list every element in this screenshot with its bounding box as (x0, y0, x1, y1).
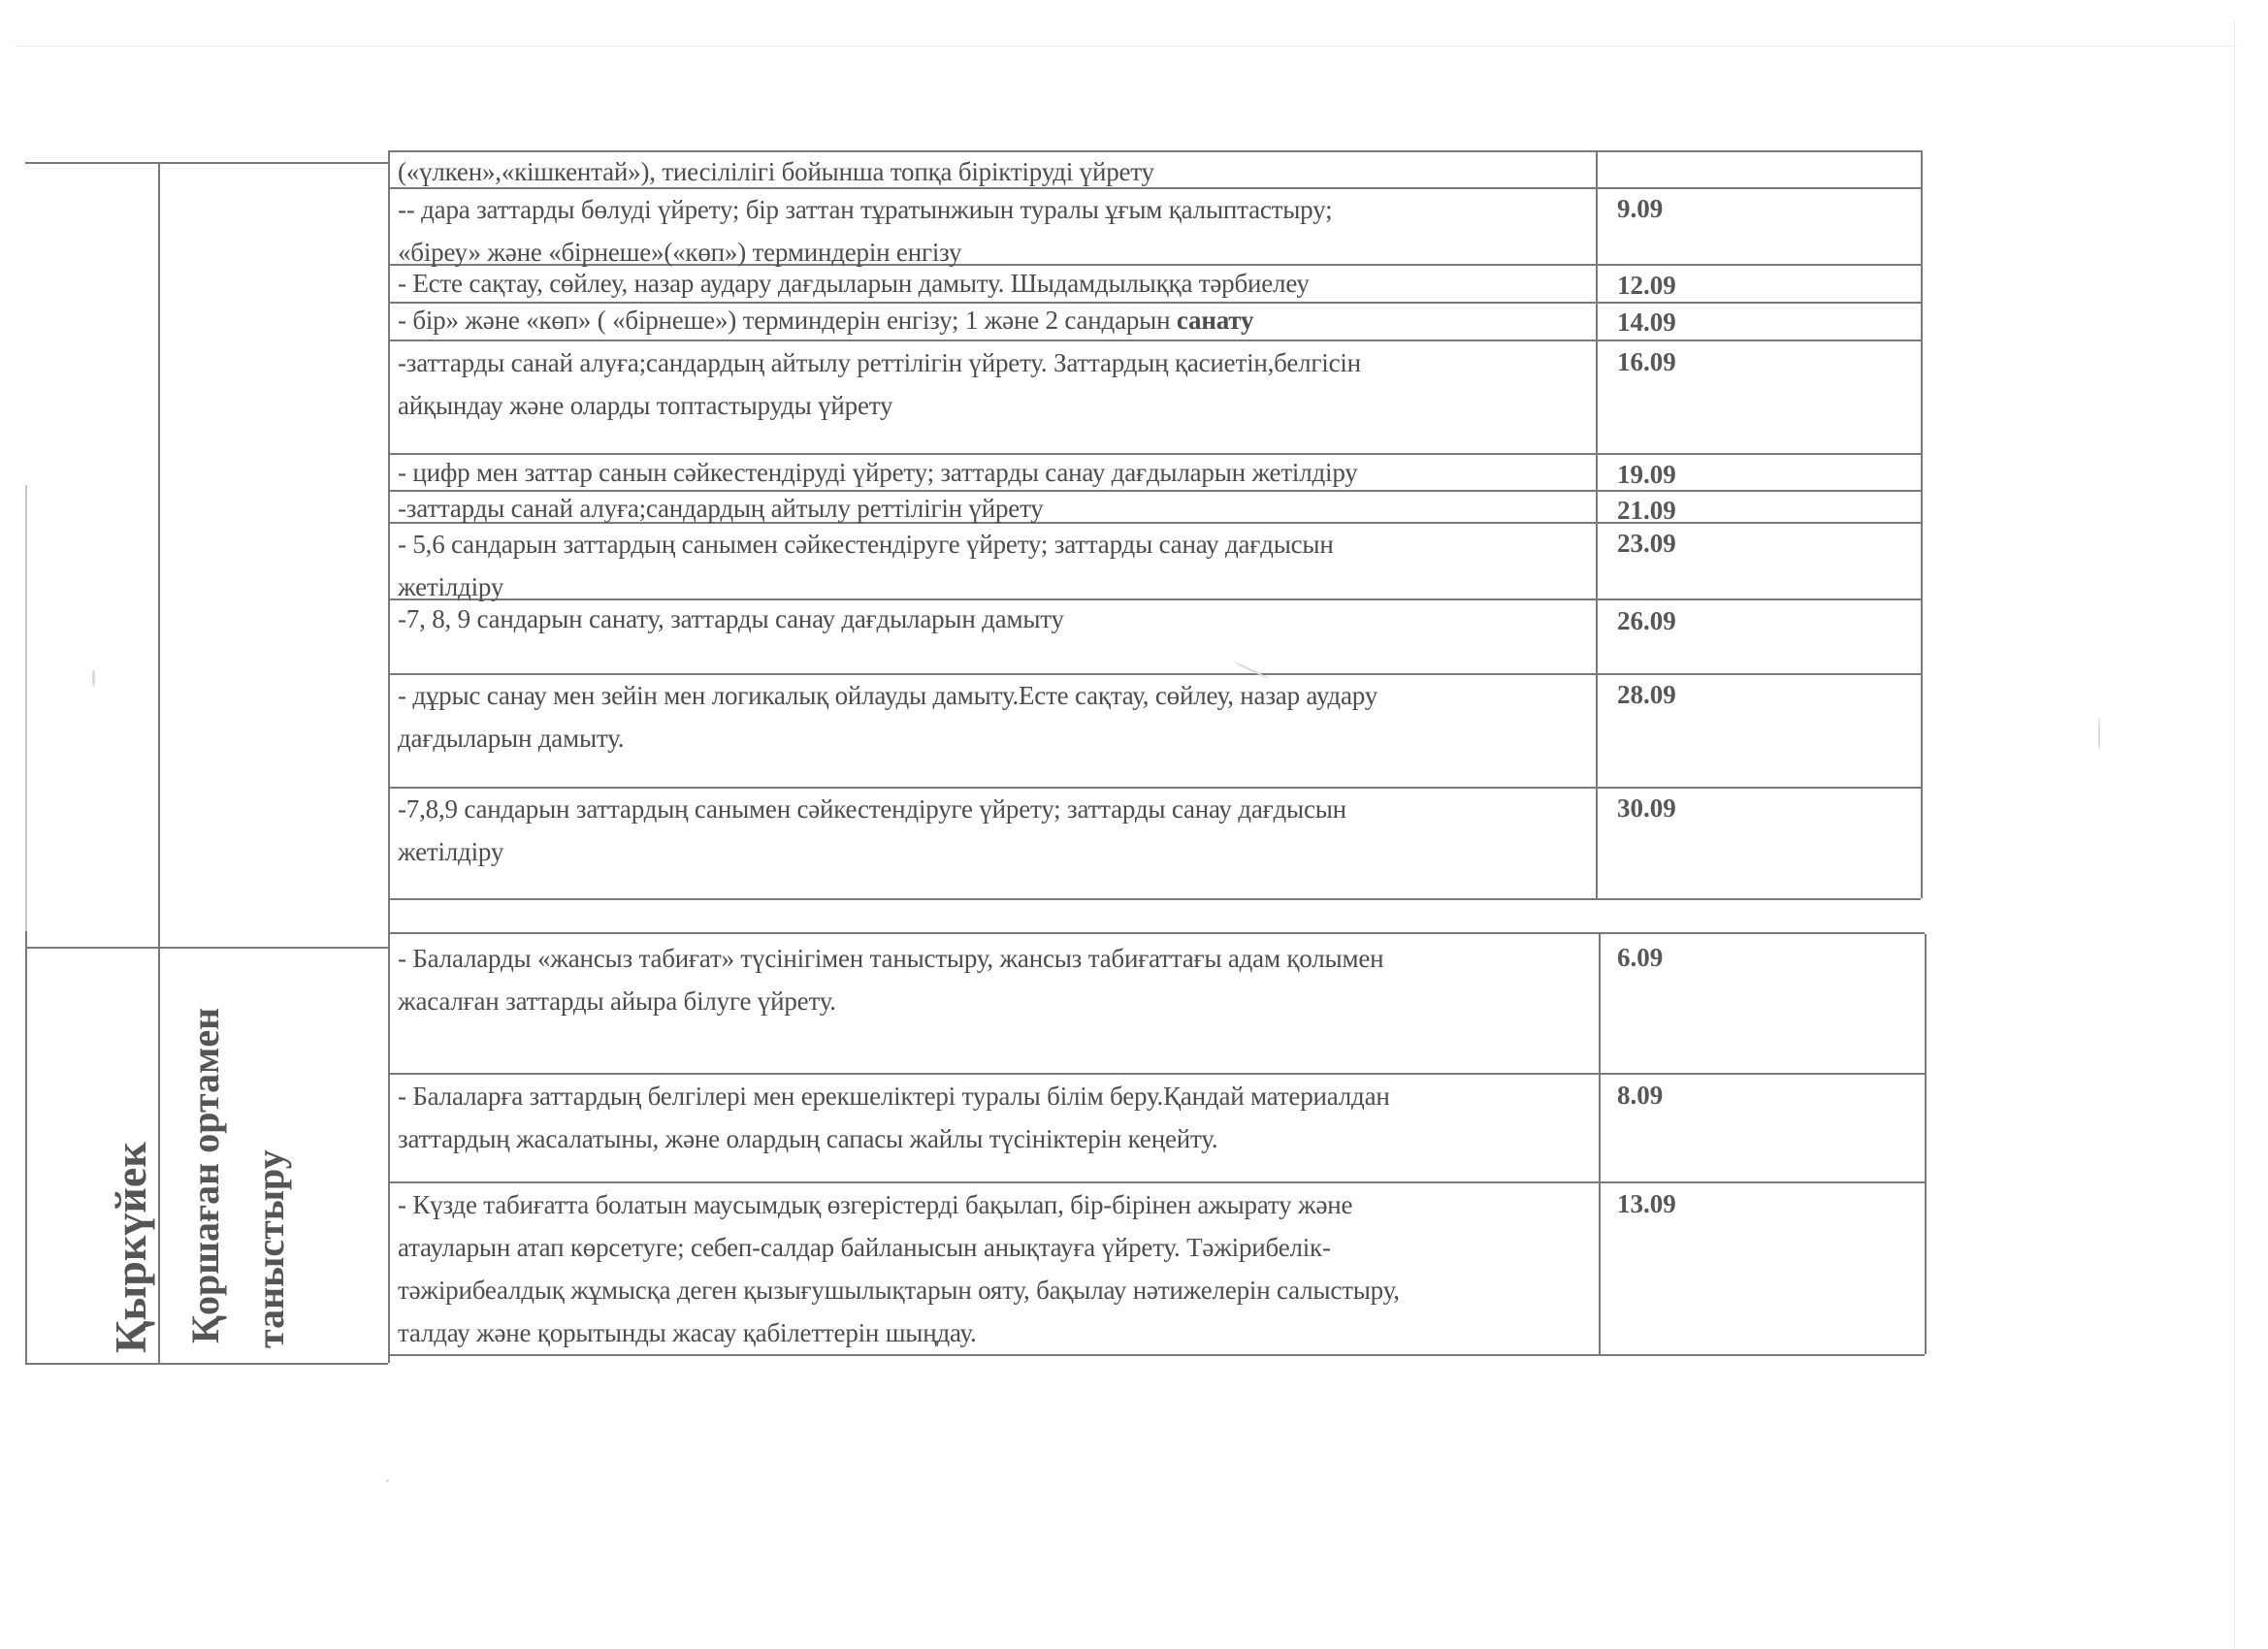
math-lesson-row: -7, 8, 9 сандарын санату, заттарды санау… (398, 604, 1064, 633)
row-divider (388, 453, 1921, 455)
table-top-border-right (388, 150, 1921, 152)
math-lesson-row: -- дара заттарды бөлуді үйрету; бір затт… (398, 188, 1332, 274)
lesson-date: 13.09 (1617, 1189, 1676, 1218)
lesson-date: 14.09 (1617, 307, 1676, 337)
lesson-date: 6.09 (1617, 943, 1663, 972)
section-divider-left (25, 947, 388, 949)
table-left-border (25, 931, 27, 1363)
table-bottom-border-right (388, 1354, 1925, 1356)
column-divider-1 (158, 162, 160, 1363)
date-column-divider (1596, 150, 1598, 898)
row-divider (388, 302, 1921, 304)
lesson-date: 28.09 (1617, 680, 1676, 709)
lesson-date: 23.09 (1617, 529, 1676, 558)
scan-page-edge-right (2234, 21, 2235, 1649)
environment-lesson-row: - Күзде табиғатта болатын маусымдық өзге… (398, 1183, 1400, 1354)
lesson-date: 21.09 (1617, 496, 1676, 525)
scan-page-edge-top (15, 46, 2236, 47)
lesson-date: 30.09 (1617, 793, 1676, 823)
lesson-date: 12.09 (1617, 271, 1676, 300)
math-lesson-row: - Есте сақтау, сөйлеу, назар аудару дағд… (398, 269, 1310, 298)
math-lesson-row: («үлкен»,«кішкентай»), тиесілілігі бойын… (398, 157, 1154, 186)
lesson-date: 9.09 (1617, 194, 1663, 223)
math-lesson-row: -заттарды санай алуға;сандардың айтылу р… (398, 341, 1361, 427)
month-label: Қыркүйек (105, 1142, 156, 1353)
lesson-date: 26.09 (1617, 606, 1676, 635)
math-lesson-row: -заттарды санай алуға;сандардың айтылу р… (398, 494, 1044, 523)
row-divider (388, 898, 1921, 900)
table-right-border-bottom (1925, 934, 1927, 1354)
row-divider (388, 490, 1921, 492)
subject-label-line1: Қоршаған ортамен (182, 1008, 228, 1343)
environment-lesson-row: - Балаларды «жансыз табиғат» түсінігімен… (398, 937, 1383, 1022)
table-right-border-top (1921, 150, 1923, 898)
table-top-border-left (25, 162, 388, 164)
math-lesson-row: - цифр мен заттар санын сәйкестендіруді … (398, 458, 1358, 487)
math-lesson-row: - дұрыс санау мен зейін мен логикалық ой… (398, 674, 1377, 760)
table-bottom-border-left (25, 1363, 388, 1365)
math-lesson-row: - бір» және «көп» ( «бірнеше») терминдер… (398, 306, 1253, 335)
lesson-date: 8.09 (1617, 1081, 1663, 1110)
subject-label-line2: таныстыру (247, 1149, 293, 1348)
math-lesson-row: - 5,6 сандарын заттардың санымен сәйкест… (398, 523, 1334, 608)
environment-lesson-row: - Балаларға заттардың белгілері мен ерек… (398, 1075, 1390, 1160)
column-divider-2 (388, 150, 390, 1363)
lesson-date: 16.09 (1617, 347, 1676, 376)
date-column-divider (1599, 934, 1601, 1354)
math-lesson-row: -7,8,9 сандарын заттардың санымен сәйкес… (398, 788, 1346, 873)
gap-row-bottom (388, 932, 1925, 934)
lesson-date: 19.09 (1617, 460, 1676, 489)
